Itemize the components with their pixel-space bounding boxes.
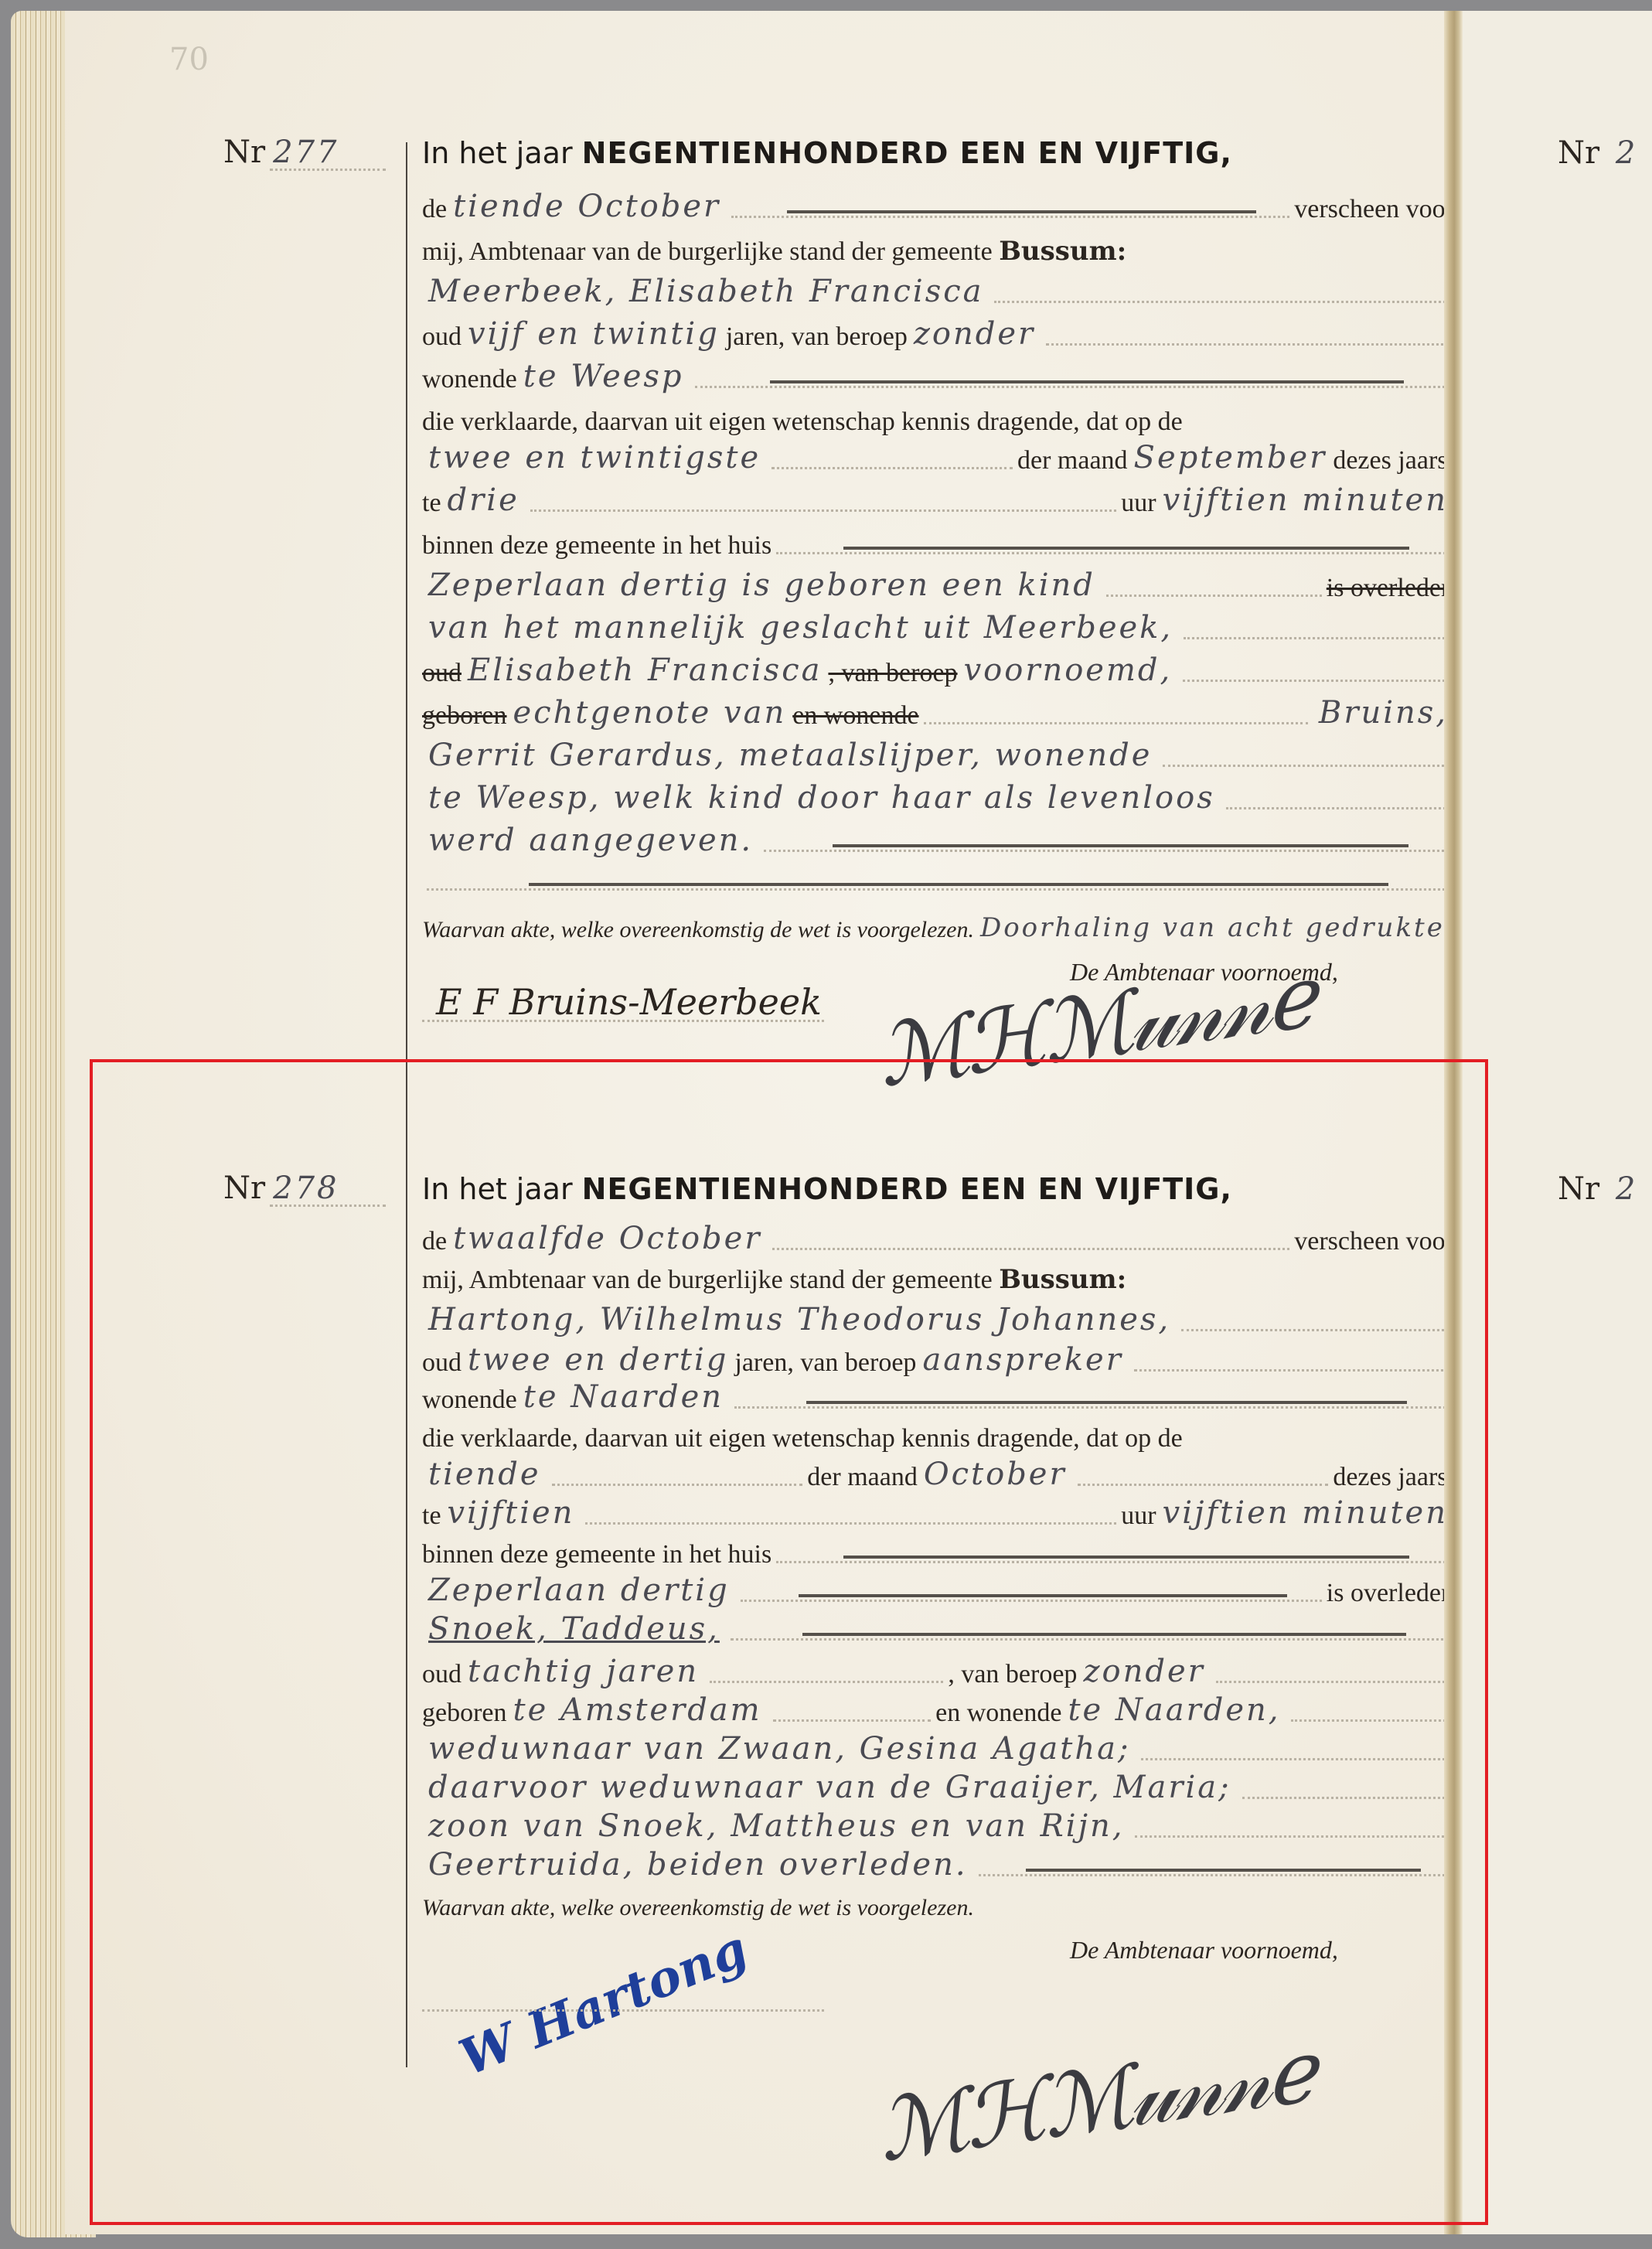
statement-line: die verklaarde, daarvan uit eigen wetens… bbox=[422, 394, 1454, 437]
declarant-occupation: zonder bbox=[914, 316, 1035, 352]
signature-line bbox=[422, 1020, 824, 1022]
declaration-date-line: detwaalfde Octoberverscheen voor bbox=[422, 1213, 1454, 1256]
house-address-line: Zeperlaan dertigis overleden bbox=[422, 1565, 1454, 1608]
struck-is-overleden: is overleden bbox=[1327, 574, 1454, 603]
house-line: binnen deze gemeente in het huis bbox=[422, 517, 1454, 561]
right-page bbox=[1463, 11, 1652, 2234]
body-line: Geertruida, beiden overleden. bbox=[422, 1839, 1454, 1883]
statement-line: die verklaarde, daarvan uit eigen wetens… bbox=[422, 1410, 1454, 1453]
declarant-age: vijf en twintig bbox=[468, 316, 720, 352]
blank-line bbox=[422, 854, 1454, 897]
event-date-line: twee en twintigsteder maandSeptemberdeze… bbox=[422, 432, 1454, 475]
municipality: Bussum: bbox=[999, 236, 1126, 267]
declarant-name-line: Meerbeek, Elisabeth Francisca bbox=[422, 266, 1454, 309]
event-minutes: vijftien minuten bbox=[1163, 482, 1448, 518]
right-page-entry-number: Nr 2 bbox=[1558, 135, 1643, 171]
entry-number-value: 277 bbox=[273, 135, 339, 170]
deceased-name: Snoek, Taddeus, bbox=[428, 1611, 720, 1647]
event-date-line: tiendeder maandOctoberdezes jaars, bbox=[422, 1449, 1454, 1492]
declaration-date-line: detiende Octoberverscheen voor bbox=[422, 181, 1454, 224]
event-hour: drie bbox=[448, 482, 519, 518]
witness-signature: W Hartong bbox=[451, 1920, 755, 2087]
house-line: binnen deze gemeente in het huis bbox=[422, 1526, 1454, 1569]
body-line: zoon van Snoek, Mattheus en van Rijn, bbox=[422, 1801, 1454, 1844]
margin-rule bbox=[406, 142, 407, 1070]
entry-number-value: 278 bbox=[273, 1171, 339, 1206]
body-line: oudElisabeth Francisca, van beroepvoorno… bbox=[422, 645, 1454, 688]
declaration-date: tiende October bbox=[453, 189, 720, 224]
body-line: te Weesp, welk kind door haar als levenl… bbox=[422, 772, 1454, 816]
event-time-line: tevijftienuurvijftien minuten bbox=[422, 1487, 1454, 1531]
witness-signature: E F Bruins-Meerbeek bbox=[436, 981, 822, 1023]
deceased-birth-line: geborente Amsterdamen wonendete Naarden, bbox=[422, 1685, 1454, 1728]
declarant-name: Meerbeek, Elisabeth Francisca bbox=[428, 274, 983, 309]
entry-number: Nr278 bbox=[223, 1171, 345, 1206]
year-heading: In het jaar NEGENTIENHONDERD EEN EN VIJF… bbox=[422, 1163, 1454, 1206]
declarant-name-line: Hartong, Wilhelmus Theodorus Johannes, bbox=[422, 1294, 1454, 1337]
official-line: mij, Ambtenaar van de burgerlijke stand … bbox=[422, 223, 1454, 267]
official-label: De Ambtenaar voornoemd, bbox=[1070, 1936, 1338, 1964]
body-line: van het mannelijk geslacht uit Meerbeek, bbox=[422, 602, 1454, 646]
declarant-residence-line: wonendete Weesp bbox=[422, 351, 1454, 394]
left-page: 70 Nr277 In het jaar NEGENTIENHONDERD EE… bbox=[65, 11, 1461, 2234]
event-month: September bbox=[1134, 440, 1327, 475]
declarant-age-line: oudvijf en twintigjaren, van beroepzonde… bbox=[422, 308, 1454, 352]
official-signature: ℳℋℳ𝓊𝓃𝓃ℯ bbox=[872, 2022, 1318, 2182]
body-line: geborenechtgenote vanen wonendeBruins, bbox=[422, 687, 1454, 731]
event-time-line: tedrieuurvijftien minuten bbox=[422, 475, 1454, 518]
body-line: weduwnaar van Zwaan, Gesina Agatha; bbox=[422, 1723, 1454, 1767]
margin-rule bbox=[406, 1070, 407, 2067]
signature-line bbox=[422, 2009, 824, 2012]
official-line: mij, Ambtenaar van de burgerlijke stand … bbox=[422, 1252, 1454, 1295]
house-address-line: Zeperlaan dertig is geboren een kindis o… bbox=[422, 560, 1454, 603]
event-day: twee en twintigste bbox=[428, 440, 761, 475]
entry-number: Nr277 bbox=[223, 135, 345, 170]
right-page-entry-number: Nr 2 bbox=[1558, 1171, 1643, 1207]
declarant-residence-line: wonendete Naarden bbox=[422, 1372, 1454, 1415]
body-line: Gerrit Gerardus, metaalslijper, wonende bbox=[422, 730, 1454, 773]
declarant-residence: te Weesp bbox=[523, 359, 684, 394]
closing-line: Waarvan akte, welke overeenkomstig de we… bbox=[422, 1878, 1454, 1921]
deceased-age-line: oudtachtig jaren, van beroepzonder bbox=[422, 1646, 1454, 1689]
deceased-name-line: Snoek, Taddeus, bbox=[422, 1603, 1454, 1647]
book-gutter bbox=[1444, 11, 1463, 2234]
closing-line: Waarvan akte, welke overeenkomstig de we… bbox=[422, 900, 1454, 943]
house-address: Zeperlaan dertig is geboren een kind bbox=[428, 567, 1095, 603]
municipality: Bussum: bbox=[999, 1264, 1126, 1295]
declarant-name: Hartong, Wilhelmus Theodorus Johannes, bbox=[428, 1302, 1170, 1337]
year-heading: In het jaar NEGENTIENHONDERD EEN EN VIJF… bbox=[422, 127, 1454, 170]
body-line: daarvoor weduwnaar van de Graaijer, Mari… bbox=[422, 1762, 1454, 1805]
page-number: 70 bbox=[169, 42, 209, 77]
body-line: werd aangegeven. bbox=[422, 815, 1454, 858]
